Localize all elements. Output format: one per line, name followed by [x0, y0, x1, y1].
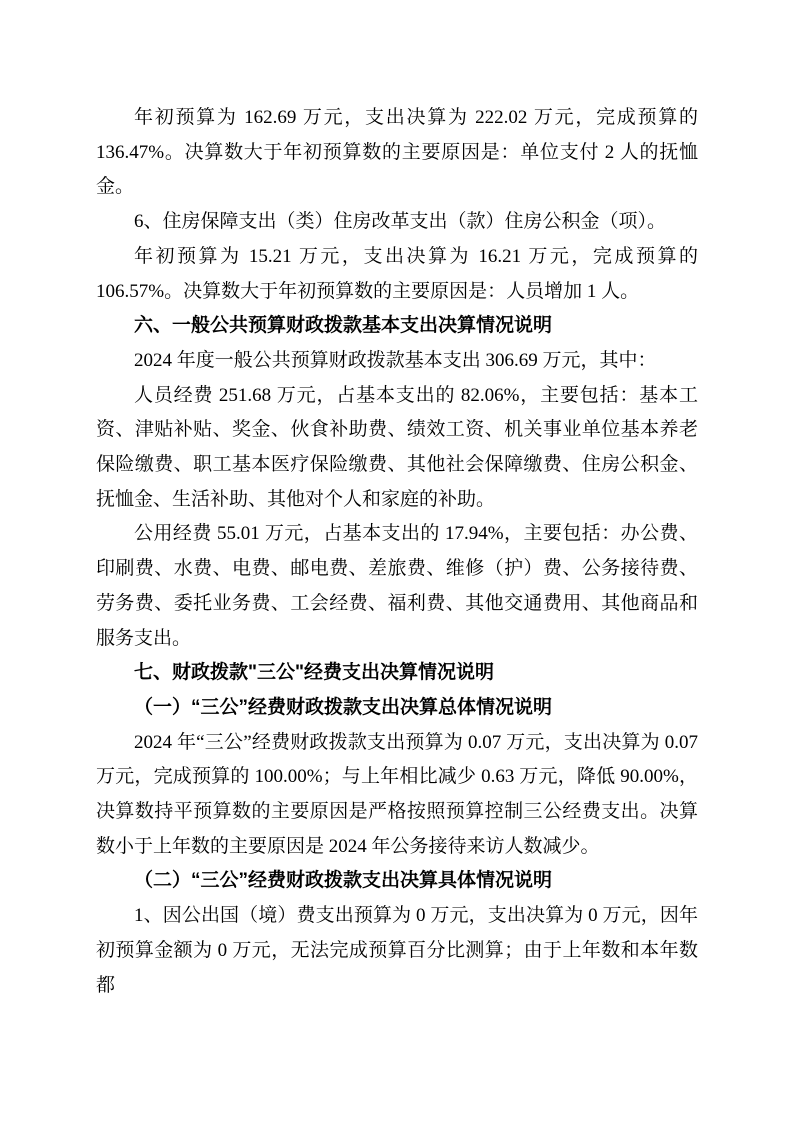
paragraph-personnel-expense: 人员经费 251.68 万元，占基本支出的 82.06%，主要包括：基本工资、津…: [96, 379, 698, 518]
paragraph-item-6-housing: 6、住房保障支出（类）住房改革支出（款）住房公积金（项）。: [96, 205, 698, 240]
paragraph-budget-16: 年初预算为 15.21 万元，支出决算为 16.21 万元，完成预算的 106.…: [96, 240, 698, 309]
paragraph-public-expense: 公用经费 55.01 万元，占基本支出的 17.94%，主要包括：办公费、印刷费…: [96, 517, 698, 656]
subheading-7-2-specific: （二）“三公”经费财政拨款支出决算具体情况说明: [96, 864, 698, 899]
paragraph-budget-222: 年初预算为 162.69 万元，支出决算为 222.02 万元，完成预算的 13…: [96, 101, 698, 205]
paragraph-abroad-expense: 1、因公出国（境）费支出预算为 0 万元，支出决算为 0 万元，因年初预算金额为…: [96, 899, 698, 1003]
document-content: 年初预算为 162.69 万元，支出决算为 222.02 万元，完成预算的 13…: [96, 101, 698, 1003]
paragraph-basic-expense-total: 2024 年度一般公共预算财政拨款基本支出 306.69 万元，其中：: [96, 344, 698, 379]
paragraph-sangong-overall: 2024 年“三公”经费财政拨款支出预算为 0.07 万元，支出决算为 0.07…: [96, 726, 698, 865]
document-page: 年初预算为 162.69 万元，支出决算为 222.02 万元，完成预算的 13…: [0, 0, 793, 1122]
subheading-7-1-overall: （一）“三公”经费财政拨款支出决算总体情况说明: [96, 691, 698, 726]
section-heading-7-sangong: 七、财政拨款"三公"经费支出决算情况说明: [96, 656, 698, 691]
section-heading-6-basic-expense: 六、一般公共预算财政拨款基本支出决算情况说明: [96, 309, 698, 344]
